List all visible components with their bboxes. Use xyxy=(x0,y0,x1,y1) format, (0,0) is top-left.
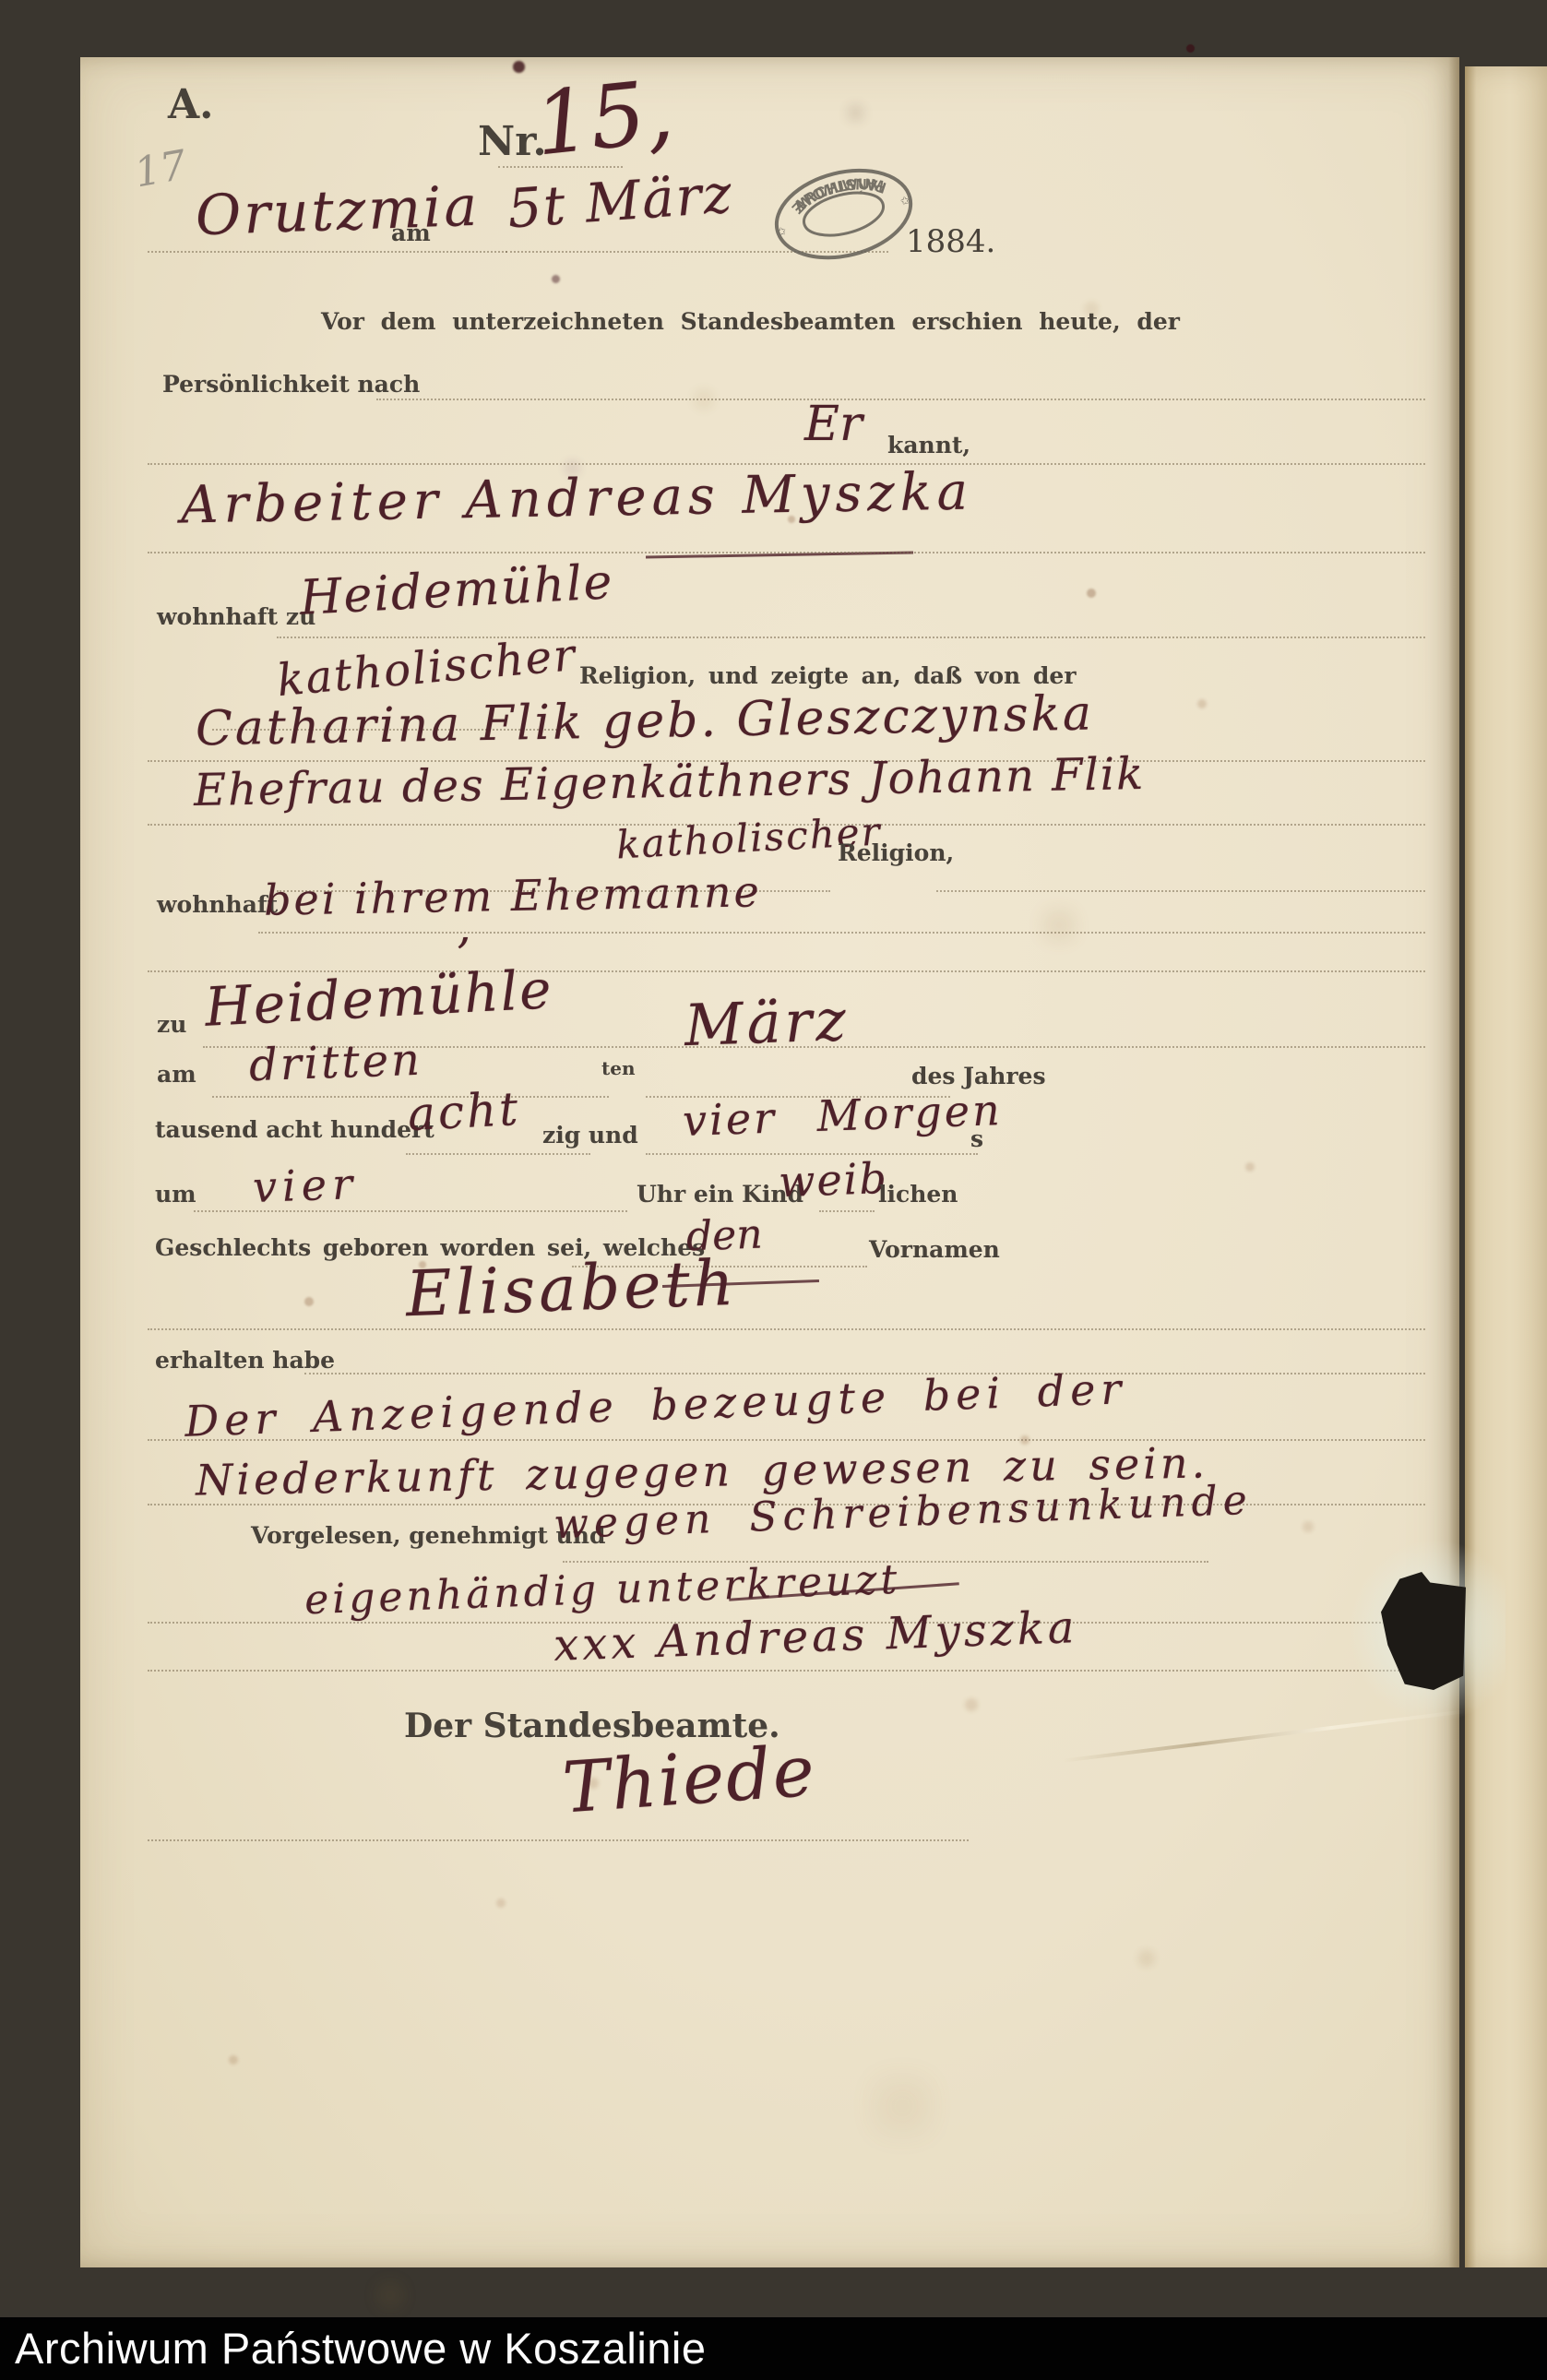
birth-month-handwritten: März xyxy=(684,986,851,1059)
mother-residence-handwritten: bei ihrem Ehemanne xyxy=(264,866,763,924)
form-dotted-line xyxy=(646,1153,978,1155)
ink-spots xyxy=(0,0,5,5)
form-dotted-line xyxy=(148,251,507,253)
vornamen-label: Vornamen xyxy=(869,1236,1000,1263)
religion-label: Religion, xyxy=(838,839,954,866)
form-dotted-line xyxy=(936,890,1425,892)
page-fold-shadow xyxy=(1448,57,1459,2267)
archive-caption-bar: Archiwum Państwowe w Koszalinie xyxy=(0,2317,1547,2380)
form-dotted-line xyxy=(148,552,1425,553)
sex-handwritten: weib xyxy=(778,1153,889,1207)
child-name-handwritten: Elisabeth xyxy=(405,1247,739,1331)
lichen-label: lichen xyxy=(878,1181,958,1208)
bekannt-printed: kannt, xyxy=(887,432,970,458)
pencil-annotation: 17 xyxy=(131,142,190,197)
intro-line: Vor dem unterzeichneten Standesbeamten e… xyxy=(321,308,1180,335)
zu-label: zu xyxy=(157,1011,186,1038)
year-decade-handwritten: acht xyxy=(407,1082,522,1141)
s-suffix-label: s xyxy=(970,1125,983,1152)
form-dotted-line xyxy=(376,399,1425,400)
vorgelesen-label: Vorgelesen, genehmigt und xyxy=(251,1522,605,1549)
wohnhaft-label: wohnhaft xyxy=(157,891,278,918)
wohnhaft-zu-label: wohnhaft zu xyxy=(157,603,315,630)
form-dotted-line xyxy=(148,1670,1425,1672)
ten-label: ten xyxy=(601,1057,636,1079)
zig-und-label: zig und xyxy=(542,1122,638,1148)
birth-day-handwritten: dritten xyxy=(248,1034,423,1092)
form-dotted-line xyxy=(148,1439,1425,1441)
form-dotted-line xyxy=(148,1839,969,1841)
form-dotted-line xyxy=(194,1210,627,1212)
tausend-label: tausend acht hundert xyxy=(155,1116,434,1143)
adjacent-page-edge xyxy=(1465,66,1547,2267)
persoenlichkeit-label: Persönlichkeit nach xyxy=(162,371,420,398)
um-label: um xyxy=(155,1181,196,1208)
form-dotted-line xyxy=(148,1328,1425,1330)
form-dotted-line xyxy=(819,1210,875,1212)
stamp-star-left-icon: ✩ xyxy=(776,224,788,239)
archive-scan: A. 17 Nr. 15, Orutzmia am 5t März 1884. … xyxy=(0,0,1547,2380)
am-label: am xyxy=(391,220,431,246)
registry-place-handwritten: Orutzmia xyxy=(195,174,481,249)
am-birth-label: am xyxy=(157,1061,196,1088)
form-dotted-line xyxy=(258,932,1425,934)
form-dotted-line xyxy=(406,1153,590,1155)
record-number-handwritten: 15, xyxy=(530,61,678,175)
form-dotted-line xyxy=(277,637,1425,638)
archive-name-label: Archiwum Państwowe w Koszalinie xyxy=(15,2323,707,2374)
religion-line: Religion, und zeigte an, daß von der xyxy=(579,662,1076,689)
bekannt-handwritten-prefix: Er xyxy=(804,397,863,452)
form-letter: A. xyxy=(168,81,213,128)
hour-handwritten: vier xyxy=(252,1159,359,1212)
erhalten-habe-label: erhalten habe xyxy=(155,1347,335,1374)
